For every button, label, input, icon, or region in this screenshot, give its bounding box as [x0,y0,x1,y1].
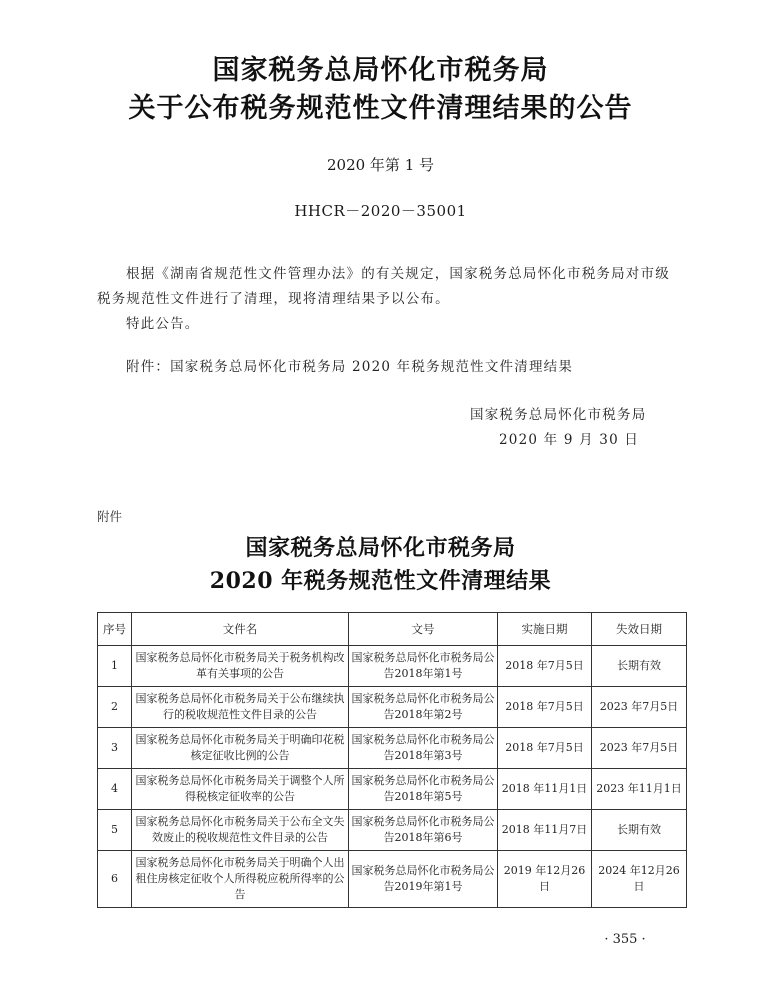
cell-file-name: 国家税务总局怀化市税务局关于调整个人所得税核定征收率的公告 [132,769,349,810]
table-row: 3 国家税务总局怀化市税务局关于明确印花税核定征收比例的公告 国家税务总局怀化市… [98,728,687,769]
header-effective-date: 实施日期 [498,613,592,646]
cell-doc-number: 国家税务总局怀化市税务局公告2018年第5号 [349,769,498,810]
signature-organization: 国家税务总局怀化市税务局 [470,403,646,423]
cell-effective-date: 2018 年7月5日 [498,687,592,728]
header-doc-number: 文号 [349,613,498,646]
cell-serial: 3 [98,728,132,769]
cell-serial: 4 [98,769,132,810]
body-paragraph-2: 特此公告。 [126,312,200,332]
table-row: 2 国家税务总局怀化市税务局关于公布继续执行的税收规范性文件目录的公告 国家税务… [98,687,687,728]
attachment-title-line1: 国家税务总局怀化市税务局 [0,531,761,562]
document-code: HHCR－2020－35001 [0,200,761,221]
cell-expiry-date: 2023 年7月5日 [592,687,687,728]
cell-serial: 1 [98,646,132,687]
cell-file-name: 国家税务总局怀化市税务局关于明确个人出租住房核定征收个人所得税应税所得率的公告 [132,851,349,908]
cell-expiry-date: 2024 年12月26日 [592,851,687,908]
cell-file-name: 国家税务总局怀化市税务局关于公布继续执行的税收规范性文件目录的公告 [132,687,349,728]
page-number: · 355 · [595,932,655,947]
cell-doc-number: 国家税务总局怀化市税务局公告2019年第1号 [349,851,498,908]
signature-date: 2020 年 9 月 30 日 [499,428,639,448]
table-row: 4 国家税务总局怀化市税务局关于调整个人所得税核定征收率的公告 国家税务总局怀化… [98,769,687,810]
cell-expiry-date: 长期有效 [592,646,687,687]
cell-serial: 5 [98,810,132,851]
issue-number: 2020 年第 1 号 [0,154,761,175]
notice-title-line2: 关于公布税务规范性文件清理结果的公告 [0,86,761,125]
table-header-row: 序号 文件名 文号 实施日期 失效日期 [98,613,687,646]
results-table: 序号 文件名 文号 实施日期 失效日期 1 国家税务总局怀化市税务局关于税务机构… [97,612,687,908]
header-serial: 序号 [98,613,132,646]
body-paragraph-1-line2: 税务规范性文件进行了清理，现将清理结果予以公布。 [97,287,450,307]
header-file-name: 文件名 [132,613,349,646]
cell-file-name: 国家税务总局怀化市税务局关于公布全文失效废止的税收规范性文件目录的公告 [132,810,349,851]
cell-doc-number: 国家税务总局怀化市税务局公告2018年第6号 [349,810,498,851]
cell-serial: 2 [98,687,132,728]
cell-doc-number: 国家税务总局怀化市税务局公告2018年第2号 [349,687,498,728]
cell-effective-date: 2018 年7月5日 [498,728,592,769]
cell-serial: 6 [98,851,132,908]
table-row: 6 国家税务总局怀化市税务局关于明确个人出租住房核定征收个人所得税应税所得率的公… [98,851,687,908]
cell-doc-number: 国家税务总局怀化市税务局公告2018年第1号 [349,646,498,687]
cell-doc-number: 国家税务总局怀化市税务局公告2018年第3号 [349,728,498,769]
cell-expiry-date: 2023 年11月1日 [592,769,687,810]
cell-expiry-date: 2023 年7月5日 [592,728,687,769]
body-paragraph-1-line1: 根据《湖南省规范性文件管理办法》的有关规定，国家税务总局怀化市税务局对市级 [126,262,670,282]
table-row: 5 国家税务总局怀化市税务局关于公布全文失效废止的税收规范性文件目录的公告 国家… [98,810,687,851]
cell-effective-date: 2018 年11月1日 [498,769,592,810]
header-expiry-date: 失效日期 [592,613,687,646]
attachment-label: 附件 [97,507,122,525]
cell-file-name: 国家税务总局怀化市税务局关于税务机构改革有关事项的公告 [132,646,349,687]
cell-expiry-date: 长期有效 [592,810,687,851]
cell-file-name: 国家税务总局怀化市税务局关于明确印花税核定征收比例的公告 [132,728,349,769]
attachment-reference: 附件：国家税务总局怀化市税务局 2020 年税务规范性文件清理结果 [126,355,573,375]
table-row: 1 国家税务总局怀化市税务局关于税务机构改革有关事项的公告 国家税务总局怀化市税… [98,646,687,687]
cell-effective-date: 2019 年12月26日 [498,851,592,908]
cell-effective-date: 2018 年7月5日 [498,646,592,687]
cell-effective-date: 2018 年11月7日 [498,810,592,851]
notice-title-line1: 国家税务总局怀化市税务局 [0,48,761,87]
attachment-title-line2: 2020 年税务规范性文件清理结果 [0,564,761,595]
